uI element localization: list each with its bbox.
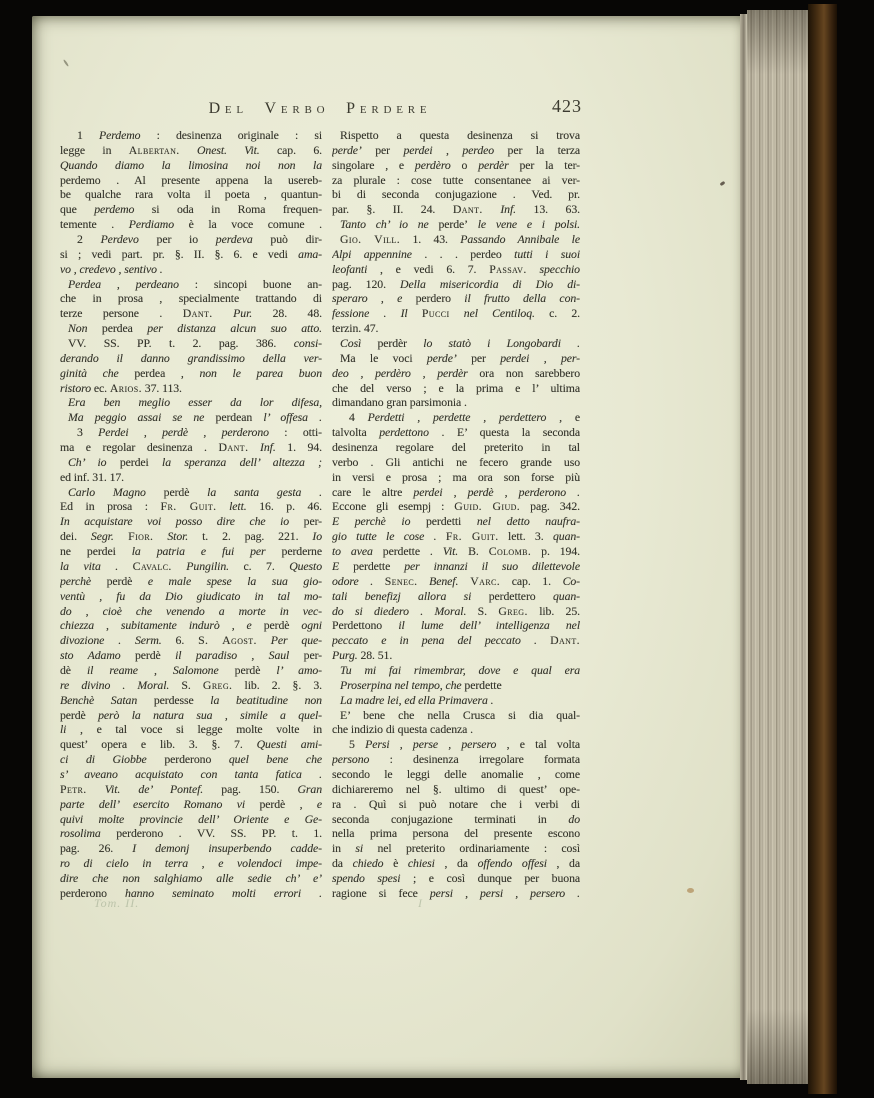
text-line: Alpi appennine . . . perdeo tutti i suoi bbox=[332, 247, 580, 262]
text-line: chiezza , subitamente indurò , e perdè o… bbox=[60, 618, 322, 633]
ink-speck bbox=[720, 181, 726, 186]
text-line: par. §. II. 24. Dant. Inf. 13. 63. bbox=[332, 202, 580, 217]
text-line: 2 Perdevo per io perdeva può dir- bbox=[60, 232, 322, 247]
text-line: parte dell’ esercito Romano vi perdè , e bbox=[60, 797, 322, 812]
text-line: da chiedo è chiesi , da offendo offesi ,… bbox=[332, 856, 580, 871]
ghost-volume-mark: Tom. II. bbox=[94, 896, 139, 911]
text-line: si ; vedi part. pr. §. II. §. 6. e vedi … bbox=[60, 247, 322, 262]
text-line: persono : desinenza irregolare formata bbox=[332, 752, 580, 767]
text-line: perdemo . Al presente appena la usereb- bbox=[60, 173, 322, 188]
scan-background: Del Verbo Perdere 423 1 Perdemo : desine… bbox=[0, 0, 874, 1098]
text-line: la vita . Cavalc. Pungilin. c. 7. Questo bbox=[60, 559, 322, 574]
text-line: ragione si fece persi , persi , persero … bbox=[332, 886, 580, 901]
text-line: Eccone gli esempj : Guid. Giud. pag. 342… bbox=[332, 499, 580, 514]
text-line: Proserpina nel tempo, che perdette bbox=[332, 678, 580, 693]
text-line: temente . Perdiamo è la voce comune . bbox=[60, 217, 322, 232]
text-line: Ma le voci perde’ per perdei , per- bbox=[332, 351, 580, 366]
text-line: Benchè Satan perdesse la beatitudine non bbox=[60, 693, 322, 708]
text-line: verbo . Gli antichi ne fecero grande uso bbox=[332, 455, 580, 470]
text-line: rosolima perderono . VV. SS. PP. t. 1. bbox=[60, 826, 322, 841]
text-line: ed inf. 31. 17. bbox=[60, 470, 322, 485]
text-line: terzin. 47. bbox=[332, 321, 580, 336]
text-line: che in prosa , specialmente trattando di bbox=[60, 291, 322, 306]
ghost-signature-mark: I bbox=[418, 896, 422, 911]
text-line: perchè perdè e male spese la sua gio- bbox=[60, 574, 322, 589]
text-line: nella prima persona del presente escono bbox=[332, 826, 580, 841]
text-line: perde’ per perdei , perdeo per la terza bbox=[332, 143, 580, 158]
text-line: do si diedero . Moral. S. Greg. lib. 25. bbox=[332, 604, 580, 619]
text-line: legge in Albertan. Onest. Vit. cap. 6. bbox=[60, 143, 322, 158]
text-line: Perdettono il lume dell’ intelligenza ne… bbox=[332, 618, 580, 633]
text-line: za plurale : cose tutte consentanee ai v… bbox=[332, 173, 580, 188]
text-line: bi di seconda conjugazione . Ved. pr. bbox=[332, 187, 580, 202]
text-line: 3 Perdei , perdè , perderono : otti- bbox=[60, 425, 322, 440]
text-line: ne perdei la patria e fui per perderne bbox=[60, 544, 322, 559]
text-line: Ch’ io perdei la speranza dell’ altezza … bbox=[60, 455, 322, 470]
text-line: speraro , e perdero il frutto della con- bbox=[332, 291, 580, 306]
text-line: dichiareremo nel §. ultimo di quest’ ope… bbox=[332, 782, 580, 797]
text-line: to avea perdette . Vit. B. Colomb. p. 19… bbox=[332, 544, 580, 559]
text-line: perdè però la natura sua , simile a quel… bbox=[60, 708, 322, 723]
text-line: Così perdèr lo statò i Longobardi . bbox=[332, 336, 580, 351]
text-line: singolare , e perdèro o perdèr per la te… bbox=[332, 158, 580, 173]
text-line: dire che non salghiamo alle sedie ch’ e’ bbox=[60, 871, 322, 886]
book-binding bbox=[808, 4, 837, 1094]
text-line: spendo spesi ; e così dunque per buona bbox=[332, 871, 580, 886]
text-line: terze persone . Dant. Pur. 28. 48. bbox=[60, 306, 322, 321]
text-line: seconda conjugazione terminati in do bbox=[332, 812, 580, 827]
text-line: do , cioè che venendo a morte in vec- bbox=[60, 604, 322, 619]
text-line: E’ bene che nella Crusca si dia qual- bbox=[332, 708, 580, 723]
text-line: peccato e in pena del peccato . Dant. bbox=[332, 633, 580, 648]
text-line: ginità che perdea , non le parea buon bbox=[60, 366, 322, 381]
book-page: Del Verbo Perdere 423 1 Perdemo : desine… bbox=[32, 16, 744, 1078]
text-line: Perdea , perdeano : sincopi buone an- bbox=[60, 277, 322, 292]
text-line: Purg. 28. 51. bbox=[332, 648, 580, 663]
text-line: ro di cielo in terra , e volendoci impe- bbox=[60, 856, 322, 871]
text-line: secondo le leggi delle anomalie , come bbox=[332, 767, 580, 782]
text-line: talvolta perdettono . E’ questa la secon… bbox=[332, 425, 580, 440]
text-line: in versi e prosa ; ma ora son forse più bbox=[332, 470, 580, 485]
text-line: che indizio di questa cadenza . bbox=[332, 722, 580, 737]
text-line: In acquistare voi posso dire che io per- bbox=[60, 514, 322, 529]
text-line: Petr. Vit. de’ Pontef. pag. 150. Gran bbox=[60, 782, 322, 797]
text-line: quivi molte provincie dell’ Oriente e Ge… bbox=[60, 812, 322, 827]
text-line: 4 Perdetti , perdette , perdettero , e bbox=[332, 410, 580, 425]
text-line: Non perdea per distanza alcun suo atto. bbox=[60, 321, 322, 336]
text-column-left: 1 Perdemo : desinenza originale : silegg… bbox=[60, 128, 322, 901]
text-line: re divino . Moral. S. Greg. lib. 2. §. 3… bbox=[60, 678, 322, 693]
text-line: odore . Senec. Benef. Varc. cap. 1. Co- bbox=[332, 574, 580, 589]
text-line: Gio. Vill. 1. 43. Passando Annibale le bbox=[332, 232, 580, 247]
text-line: Ma peggio assai se ne perdean l’ offesa … bbox=[60, 410, 322, 425]
paper-stain bbox=[687, 888, 694, 893]
page-right-edge bbox=[740, 14, 747, 1080]
text-line: ventù , fu da Dio giudicato in tal mo- bbox=[60, 589, 322, 604]
text-line: 1 Perdemo : desinenza originale : si bbox=[60, 128, 322, 143]
text-line: pag. 26. I demonj insuperbendo cadde- bbox=[60, 841, 322, 856]
text-line: Rispetto a questa desinenza si trova bbox=[332, 128, 580, 143]
text-line: Ed in prosa : Fr. Guit. lett. 16. p. 46. bbox=[60, 499, 322, 514]
book-fore-edge-pages bbox=[747, 10, 808, 1084]
text-line: 5 Persi , perse , persero , e tal volta bbox=[332, 737, 580, 752]
text-line: dei. Segr. Fior. Stor. t. 2. pag. 221. I… bbox=[60, 529, 322, 544]
text-line: divozione . Serm. 6. S. Agost. Per que- bbox=[60, 633, 322, 648]
text-line: deo , perdèro , perdèr ora non sarebbero bbox=[332, 366, 580, 381]
text-line: fessione . Il Pucci nel Centiloq. c. 2. bbox=[332, 306, 580, 321]
text-line: quest’ opera e lib. 3. §. 7. Questi ami- bbox=[60, 737, 322, 752]
text-line: La madre lei, ed ella Primavera . bbox=[332, 693, 580, 708]
text-line: sto Adamo perdè il paradiso , Saul per- bbox=[60, 648, 322, 663]
text-line: VV. SS. PP. t. 2. pag. 386. consi- bbox=[60, 336, 322, 351]
text-line: care le altre perdei , perdè , perderono… bbox=[332, 485, 580, 500]
text-line: leofanti , e vedi 6. 7. Passav. specchio bbox=[332, 262, 580, 277]
text-line: ristoro ec. Arios. 37. 113. bbox=[60, 381, 322, 396]
text-line: dimandano gran parsimonia . bbox=[332, 395, 580, 410]
corner-mark bbox=[63, 59, 69, 67]
text-line: ra . Quì si può notare che i verbi di bbox=[332, 797, 580, 812]
text-line: pag. 120. Della misericordia di Dio di- bbox=[332, 277, 580, 292]
text-line: be qualche rara volta il poeta , quantun… bbox=[60, 187, 322, 202]
text-line: Quando diamo la limosina noi non la bbox=[60, 158, 322, 173]
text-line: gio tutte le cose . Fr. Guit. lett. 3. q… bbox=[332, 529, 580, 544]
text-line: dè il reame , Salomone perdè l’ amo- bbox=[60, 663, 322, 678]
page-header-title: Del Verbo Perdere bbox=[60, 100, 580, 122]
text-line: que perdemo si oda in Roma frequen- bbox=[60, 202, 322, 217]
text-line: li , e tal voce si legge molte volte in bbox=[60, 722, 322, 737]
text-line: tali benefizj allora si perdettero quan- bbox=[332, 589, 580, 604]
text-line: E perdette per innanzi il suo dilettevol… bbox=[332, 559, 580, 574]
text-line: derando il danno grandissimo della ver- bbox=[60, 351, 322, 366]
text-line: Tu mi fai rimembrar, dove e qual era bbox=[332, 663, 580, 678]
text-line: in si nel preterito ordinariamente : cos… bbox=[332, 841, 580, 856]
text-line: ma e regolar desinenza . Dant. Inf. 1. 9… bbox=[60, 440, 322, 455]
text-line: desinenza regolare del preterito in tal bbox=[332, 440, 580, 455]
text-line: E perchè io perdetti nel detto naufra- bbox=[332, 514, 580, 529]
text-column-right: Rispetto a questa desinenza si trovaperd… bbox=[332, 128, 580, 901]
text-line: s’ aveano acquistato con tanta fatica . bbox=[60, 767, 322, 782]
text-line: Tanto ch’ io ne perde’ le vene e i polsi… bbox=[332, 217, 580, 232]
text-line: vo , credevo , sentivo . bbox=[60, 262, 322, 277]
text-line: Carlo Magno perdè la santa gesta . bbox=[60, 485, 322, 500]
text-line: Era ben meglio esser da lor difesa, bbox=[60, 395, 322, 410]
text-line: che del verso ; e la prima e l’ ultima bbox=[332, 381, 580, 396]
text-line: ci di Giobbe perderono quel bene che bbox=[60, 752, 322, 767]
page-number: 423 bbox=[530, 96, 582, 117]
